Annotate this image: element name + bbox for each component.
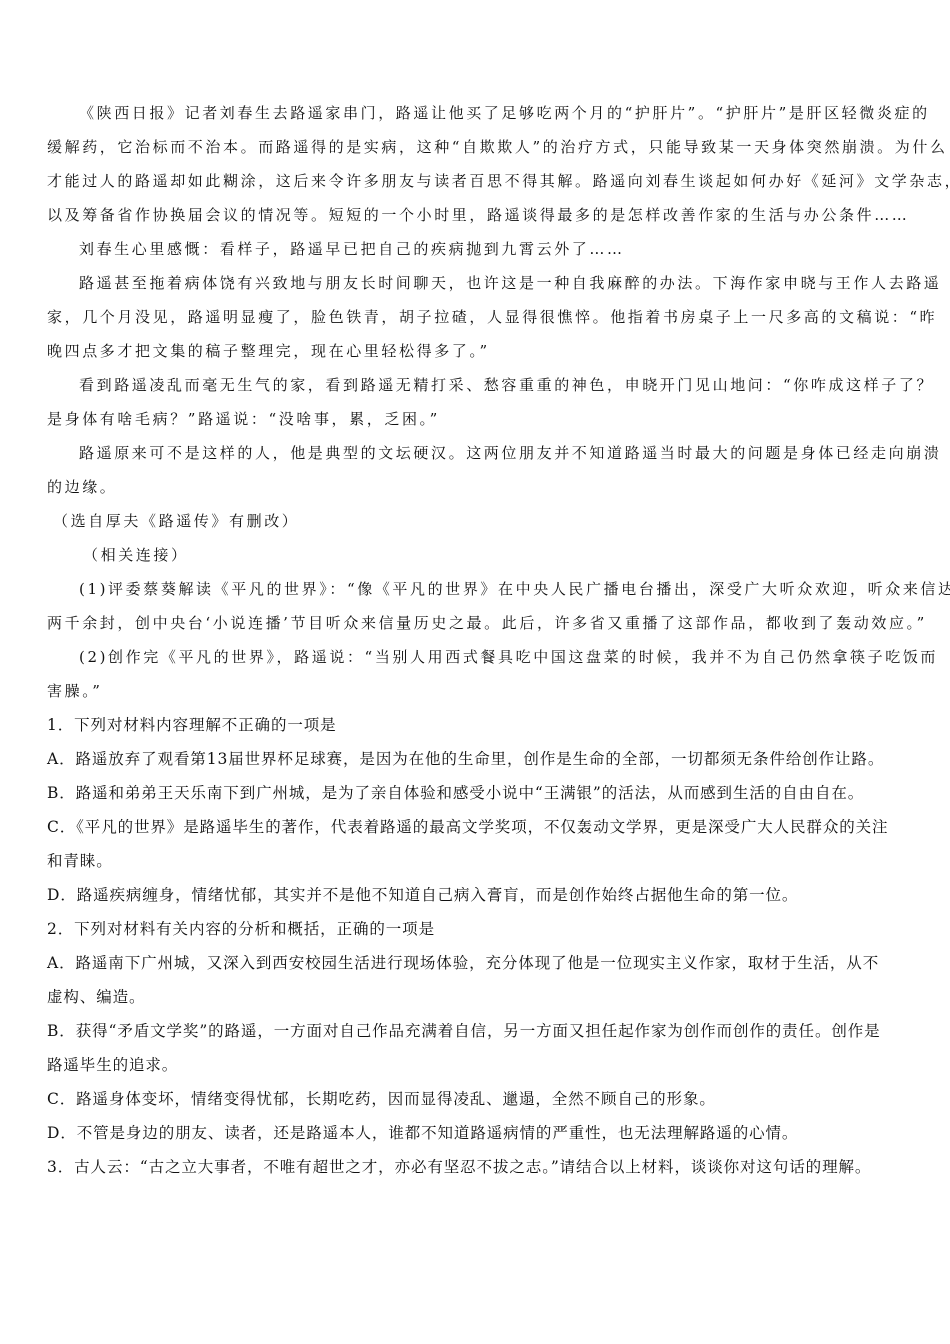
question-stem: 1．下列对材料内容理解不正确的一项是 — [47, 708, 907, 742]
question-stem: 2．下列对材料有关内容的分析和概括，正确的一项是 — [47, 912, 907, 946]
text-line: 路遥甚至拖着病体饶有兴致地与朋友长时间聊天，也许这是一种自我麻醉的办法。下海作家… — [47, 266, 907, 300]
question-stem: 3．古人云：“古之立大事者，不唯有超世之才，亦必有坚忍不拔之志。”请结合以上材料… — [47, 1150, 907, 1184]
related-links-heading: （相关连接） — [47, 538, 907, 572]
option-c-continued: 和青睐。 — [47, 844, 907, 878]
text-line: 《陕西日报》记者刘春生去路遥家串门，路遥让他买了足够吃两个月的“护肝片”。“护肝… — [47, 96, 907, 130]
option-a: A．路遥放弃了观看第13届世界杯足球赛，是因为在他的生命里，创作是生命的全部，一… — [47, 742, 907, 776]
text-line: 家，几个月没见，路遥明显瘦了，脸色铁青，胡子拉碴，人显得很憔悴。他指着书房桌子上… — [47, 300, 907, 334]
question-3: 3．古人云：“古之立大事者，不唯有超世之才，亦必有坚忍不拔之志。”请结合以上材料… — [47, 1150, 907, 1184]
text-line: 看到路遥凌乱而毫无生气的家，看到路遥无精打采、愁容重重的神色，申晓开门见山地问：… — [47, 368, 907, 402]
text-line: 路遥原来可不是这样的人，他是典型的文坛硬汉。这两位朋友并不知道路遥当时最大的问题… — [47, 436, 907, 470]
text-line: (1)评委蔡葵解读《平凡的世界》：“像《平凡的世界》在中央人民广播电台播出，深受… — [47, 572, 907, 606]
text-line: 刘春生心里感慨：看样子，路遥早已把自己的疾病抛到九霄云外了…… — [47, 232, 907, 266]
reading-passage: 《陕西日报》记者刘春生去路遥家串门，路遥让他买了足够吃两个月的“护肝片”。“护肝… — [47, 96, 907, 708]
passage-paragraph-1: 《陕西日报》记者刘春生去路遥家串门，路遥让他买了足够吃两个月的“护肝片”。“护肝… — [47, 96, 907, 232]
option-b: B．路遥和弟弟王天乐南下到广州城，是为了亲自体验和感受小说中“王满银”的活法，从… — [47, 776, 907, 810]
question-2: 2．下列对材料有关内容的分析和概括，正确的一项是 A．路遥南下广州城，又深入到西… — [47, 912, 907, 1150]
text-line: 缓解药，它治标而不治本。而路遥得的是实病，这种“自欺欺人”的治疗方式，只能导致某… — [47, 130, 907, 164]
related-item-2: (2)创作完《平凡的世界》，路遥说：“当别人用西式餐具吃中国这盘菜的时候，我并不… — [47, 640, 907, 708]
text-line: 两千余封，创中央台‘小说连播’节目听众来信量历史之最。此后，许多省又重播了这部作… — [47, 606, 907, 640]
option-a: A．路遥南下广州城，又深入到西安校园生活进行现场体验，充分体现了他是一位现实主义… — [47, 946, 907, 980]
text-line: 才能过人的路遥却如此糊涂，这后来令许多朋友与读者百思不得其解。路遥向刘春生谈起如… — [47, 164, 907, 198]
option-a-continued: 虚构、编造。 — [47, 980, 907, 1014]
option-c: C．路遥身体变坏，情绪变得忧郁，长期吃药，因而显得凌乱、邋遢，全然不顾自己的形象… — [47, 1082, 907, 1116]
option-d: D．路遥疾病缠身，情绪忧郁，其实并不是他不知道自己病入膏肓，而是创作始终占据他生… — [47, 878, 907, 912]
related-item-1: (1)评委蔡葵解读《平凡的世界》：“像《平凡的世界》在中央人民广播电台播出，深受… — [47, 572, 907, 640]
document-page: 《陕西日报》记者刘春生去路遥家串门，路遥让他买了足够吃两个月的“护肝片”。“护肝… — [47, 96, 907, 1184]
text-line: 是身体有啥毛病？”路遥说：“没啥事，累，乏困。” — [47, 402, 907, 436]
passage-paragraph-2: 刘春生心里感慨：看样子，路遥早已把自己的疾病抛到九霄云外了…… — [47, 232, 907, 266]
text-line: 以及筹备省作协换届会议的情况等。短短的一个小时里，路遥谈得最多的是怎样改善作家的… — [47, 198, 907, 232]
text-line: (2)创作完《平凡的世界》，路遥说：“当别人用西式餐具吃中国这盘菜的时候，我并不… — [47, 640, 907, 674]
question-1: 1．下列对材料内容理解不正确的一项是 A．路遥放弃了观看第13届世界杯足球赛，是… — [47, 708, 907, 912]
passage-paragraph-5: 路遥原来可不是这样的人，他是典型的文坛硬汉。这两位朋友并不知道路遥当时最大的问题… — [47, 436, 907, 504]
question-section: 1．下列对材料内容理解不正确的一项是 A．路遥放弃了观看第13届世界杯足球赛，是… — [47, 708, 907, 1184]
text-line: 的边缘。 — [47, 470, 907, 504]
option-c: C．《平凡的世界》是路遥毕生的著作，代表着路遥的最高文学奖项，不仅轰动文学界，更… — [47, 810, 907, 844]
passage-source: （选自厚夫《路遥传》有删改） — [47, 504, 907, 538]
text-line: 害臊。” — [47, 674, 907, 708]
option-b: B．获得“矛盾文学奖”的路遥，一方面对自己作品充满着自信，另一方面又担任起作家为… — [47, 1014, 907, 1048]
option-d: D．不管是身边的朋友、读者，还是路遥本人，谁都不知道路遥病情的严重性，也无法理解… — [47, 1116, 907, 1150]
text-line: 晚四点多才把文集的稿子整理完，现在心里轻松得多了。” — [47, 334, 907, 368]
option-b-continued: 路遥毕生的追求。 — [47, 1048, 907, 1082]
passage-paragraph-4: 看到路遥凌乱而毫无生气的家，看到路遥无精打采、愁容重重的神色，申晓开门见山地问：… — [47, 368, 907, 436]
passage-paragraph-3: 路遥甚至拖着病体饶有兴致地与朋友长时间聊天，也许这是一种自我麻醉的办法。下海作家… — [47, 266, 907, 368]
